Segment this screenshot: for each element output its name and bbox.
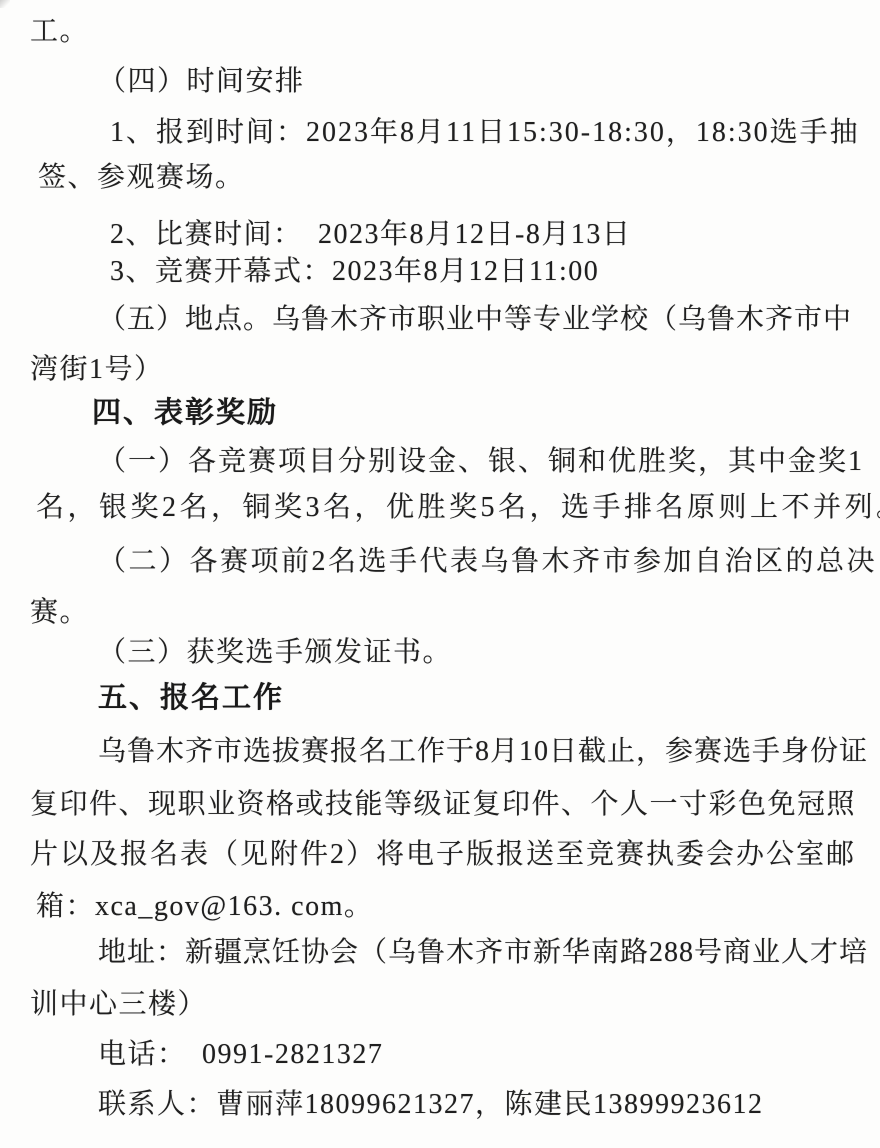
location-line2: 湾街1号）	[30, 347, 164, 393]
checkin-time-line1: 1、报到时间：2023年8月11日15:30-18:30，18:30选手抽	[110, 110, 860, 156]
registration-paragraph-line1: 乌鲁木齐市选拔赛报名工作于8月10日截止，参赛选手身份证	[98, 729, 868, 775]
checkin-time-line2: 签、参观赛场。	[38, 155, 245, 201]
section-heading-registration: 五、报名工作	[98, 675, 284, 721]
subsection-heading-time-arrangement: （四）时间安排	[98, 59, 305, 105]
registration-paragraph-line2: 复印件、现职业资格或技能等级证复印件、个人一寸彩色免冠照	[30, 782, 856, 828]
section-heading-awards: 四、表彰奖励	[92, 390, 278, 436]
awards-item1-line1: （一）各竞赛项目分别设金、银、铜和优胜奖，其中金奖1	[98, 439, 864, 485]
awards-item2-line2: 赛。	[30, 590, 89, 636]
awards-item1-line2: 名，银奖2名，铜奖3名，优胜奖5名，选手排名原则上不并列。	[36, 485, 880, 531]
awards-item3-line: （三）获奖选手颁发证书。	[98, 630, 452, 676]
registration-paragraph-line3: 片以及报名表（见附件2）将电子版报送至竞赛执委会办公室邮	[30, 832, 856, 878]
registration-email-line: 箱：xca_gov@163. com。	[36, 884, 373, 930]
location-line1: （五）地点。乌鲁木齐市职业中等专业学校（乌鲁木齐市中	[98, 297, 852, 343]
phone-line: 电话： 0991-2821327	[98, 1032, 383, 1078]
opening-ceremony-line: 3、竞赛开幕式：2023年8月12日11:00	[110, 249, 599, 295]
scanned-document-page: 工。 （四）时间安排 1、报到时间：2023年8月11日15:30-18:30，…	[0, 0, 880, 1148]
awards-item2-line1: （二）各赛项前2名选手代表乌鲁木齐市参加自治区的总决	[98, 539, 877, 585]
scan-edge-artifact	[0, 0, 10, 8]
address-line1: 地址：新疆烹饪协会（乌鲁木齐市新华南路288号商业人才培	[98, 930, 868, 976]
contacts-line: 联系人：曹丽萍18099621327，陈建民13899923612	[98, 1082, 764, 1128]
address-line2: 训中心三楼）	[30, 982, 207, 1028]
previous-paragraph-continuation: 工。	[30, 9, 89, 55]
